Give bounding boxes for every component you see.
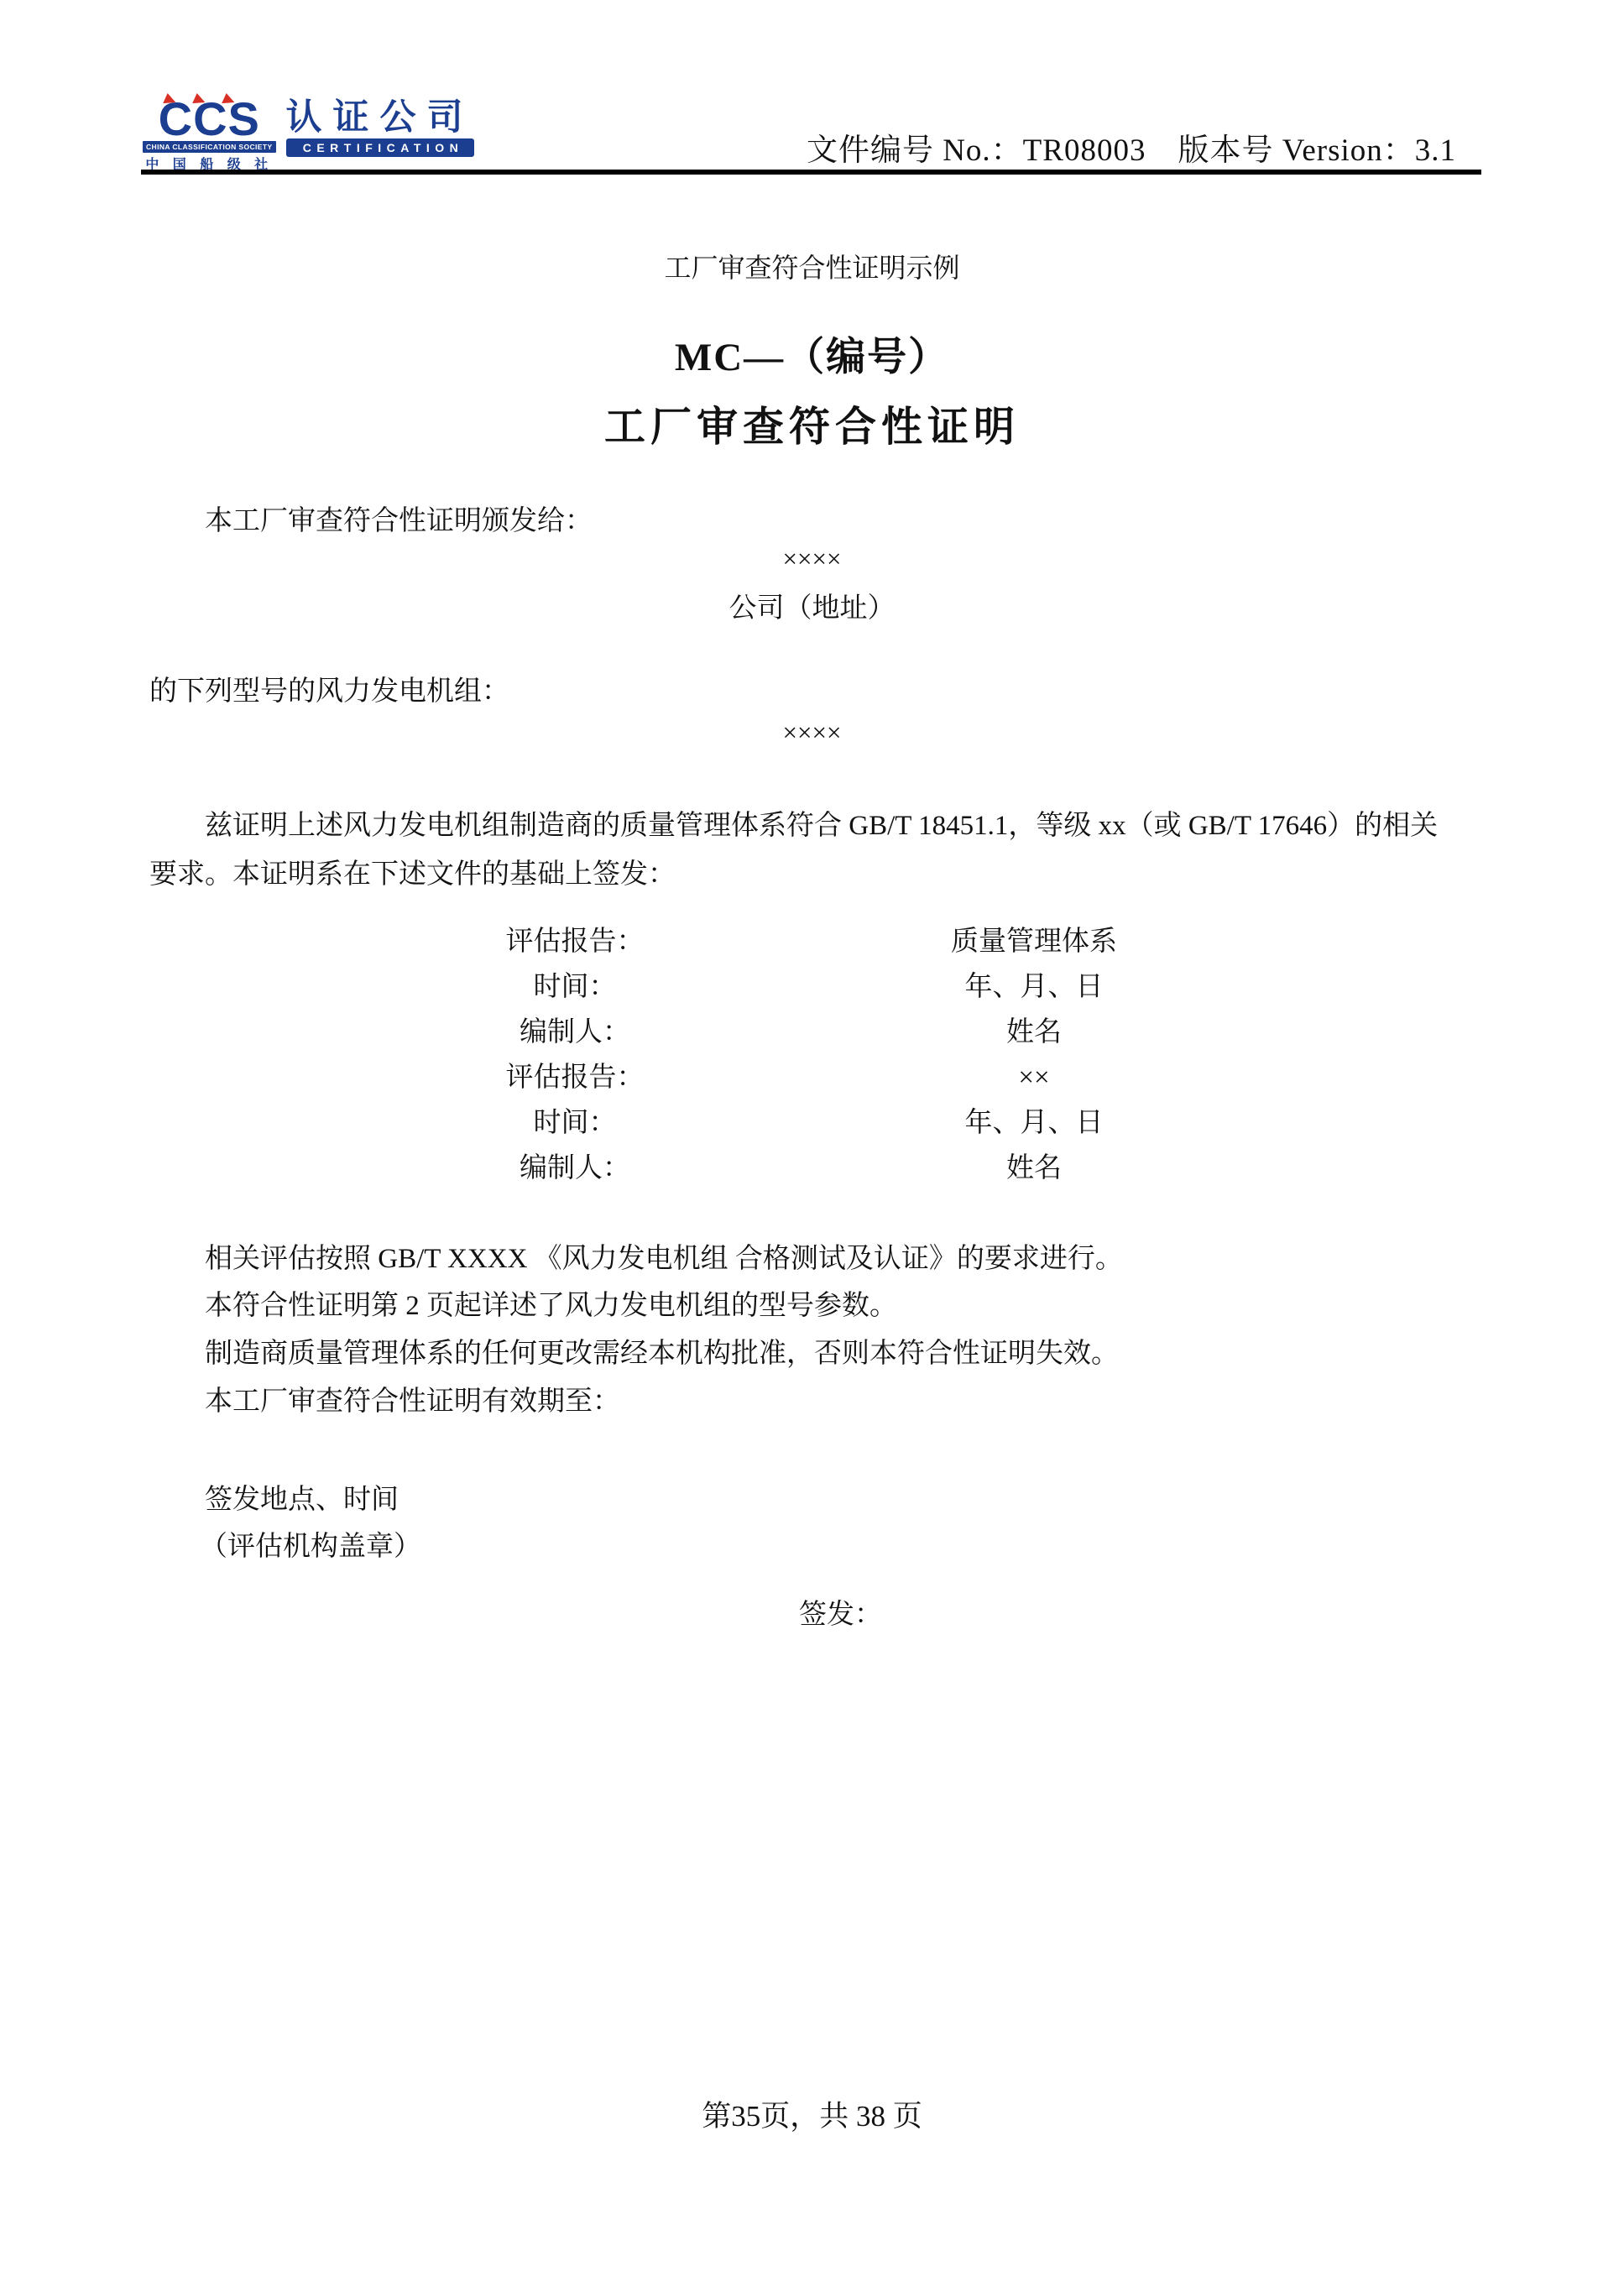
ccs-logo-left: CCS CHINA CLASSIFICATION SOCIETY 中 国 船 级… — [143, 99, 276, 173]
doc-number-version: 文件编号 No.：TR08003 版本号 Version：3.1 — [807, 124, 1456, 170]
ccs-logo: CCS CHINA CLASSIFICATION SOCIETY 中 国 船 级… — [143, 99, 474, 173]
document-page: CCS CHINA CLASSIFICATION SOCIETY 中 国 船 级… — [0, 0, 1624, 2277]
assessment-report-table: 评估报告： 质量管理体系 时间： 年、月、日 编制人： 姓名 评估报告： ×× … — [0, 919, 1624, 1191]
note-line: 制造商质量管理体系的任何更改需经本机构批准，否则本符合性证明失效。 — [205, 1331, 1119, 1371]
note-line: 相关评估按照 GB/T XXXX 《风力发电机组 合格测试及认证》的要求进行。 — [205, 1236, 1123, 1276]
row-label: 时间： — [407, 1100, 743, 1146]
table-row: 评估报告： ×× — [0, 1055, 1624, 1100]
page-number-footer: 第35页，共 38 页 — [0, 2093, 1624, 2135]
row-value: 姓名 — [824, 1010, 1244, 1055]
row-label: 时间： — [407, 964, 743, 1010]
row-value: 年、月、日 — [824, 1100, 1244, 1146]
certification-banner: CERTIFICATION — [286, 138, 474, 157]
row-value: 姓名 — [824, 1146, 1244, 1191]
row-value: 质量管理体系 — [824, 919, 1244, 964]
table-row: 评估报告： 质量管理体系 — [0, 919, 1624, 964]
row-label: 评估报告： — [407, 919, 743, 964]
signed-by-label: 签发： — [799, 1592, 882, 1632]
table-row: 编制人： 姓名 — [0, 1146, 1624, 1191]
table-row: 时间： 年、月、日 — [0, 964, 1624, 1010]
certificate-main-title: 工厂审查符合性证明 — [0, 394, 1624, 453]
assessment-body-seal-label: （评估机构盖章） — [200, 1524, 421, 1564]
statement-line-1: 兹证明上述风力发电机组制造商的质量管理体系符合 GB/T 18451.1，等级 … — [205, 803, 1438, 843]
certificate-number-title: MC—（编号） — [0, 326, 1624, 382]
company-address-label: 公司（地址） — [0, 586, 1624, 625]
statement-line-2: 要求。本证明系在下述文件的基础上签发： — [149, 852, 676, 891]
row-value: ×× — [824, 1055, 1244, 1100]
company-name-cn: 认证公司 — [286, 99, 474, 136]
ccs-logo-right: 认证公司 CERTIFICATION — [286, 99, 474, 157]
company-name-placeholder: ×××× — [0, 544, 1624, 574]
row-label: 编制人： — [407, 1146, 743, 1191]
header-divider — [141, 170, 1481, 175]
table-row: 编制人： 姓名 — [0, 1010, 1624, 1055]
issued-to-label: 本工厂审查符合性证明颁发给： — [205, 499, 593, 538]
document-subtitle: 工厂审查符合性证明示例 — [0, 247, 1624, 285]
turbine-model-label: 的下列型号的风力发电机组： — [149, 669, 509, 708]
turbine-model-placeholder: ×××× — [0, 718, 1624, 748]
table-row: 时间： 年、月、日 — [0, 1100, 1624, 1146]
issue-place-time-label: 签发地点、时间 — [205, 1477, 399, 1517]
row-value: 年、月、日 — [824, 964, 1244, 1010]
row-label: 编制人： — [407, 1010, 743, 1055]
ccs-wordmark: CCS — [159, 99, 260, 139]
row-label: 评估报告： — [407, 1055, 743, 1100]
note-line: 本符合性证明第 2 页起详述了风力发电机组的型号参数。 — [205, 1283, 897, 1323]
note-line: 本工厂审查符合性证明有效期至： — [205, 1379, 620, 1418]
